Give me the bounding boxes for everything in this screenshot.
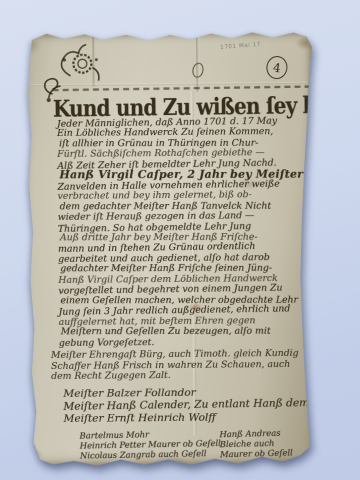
- manuscript-line: Meiſtern und Geſellen Zu bezeugen, alſo …: [61, 327, 315, 338]
- paper-sheet: 1701 Mai 17 4: [20, 30, 318, 469]
- signature-column-left: Bartelmus Mohr Heinrich Petter Maurer ob…: [79, 429, 221, 461]
- page-number: 4: [272, 60, 281, 75]
- page-number-badge: 4: [265, 55, 289, 81]
- manuscript-line: dem gedachter Meiſter Hanß Tanvelck Nich…: [60, 201, 314, 212]
- body-text: Jeder Männiglichen, daß Anno 1701 d. 17 …: [57, 117, 313, 349]
- witness-text: Meiſter Ehrengaſt Bürg, auch Timoth. gle…: [51, 349, 313, 383]
- signature-column-right: Hanß Andreas Bleiche auch Maurer ob Geſe…: [219, 428, 292, 459]
- signature-lines: Meiſter Balzer Follandor Meiſter Hanß Ca…: [63, 386, 315, 425]
- manuscript-line: dem Recht Zugegen Zalt.: [51, 370, 313, 383]
- photo-background: 1701 Mai 17 4: [0, 0, 360, 480]
- manuscript-paper: 1701 Mai 17 4: [20, 30, 318, 469]
- signature-line: Maurer ob Geſell: [220, 448, 293, 460]
- manuscript-line: gebung Vorgeſetzet.: [59, 336, 313, 349]
- ink-loop-mark: [191, 62, 205, 79]
- signature-line: Nicolaus Zangrab auch Geſell: [80, 448, 221, 461]
- pencil-note: 1701 Mai 17: [220, 42, 261, 51]
- signature-line: Meiſter Ernſt Heinrich Wolff: [63, 411, 315, 426]
